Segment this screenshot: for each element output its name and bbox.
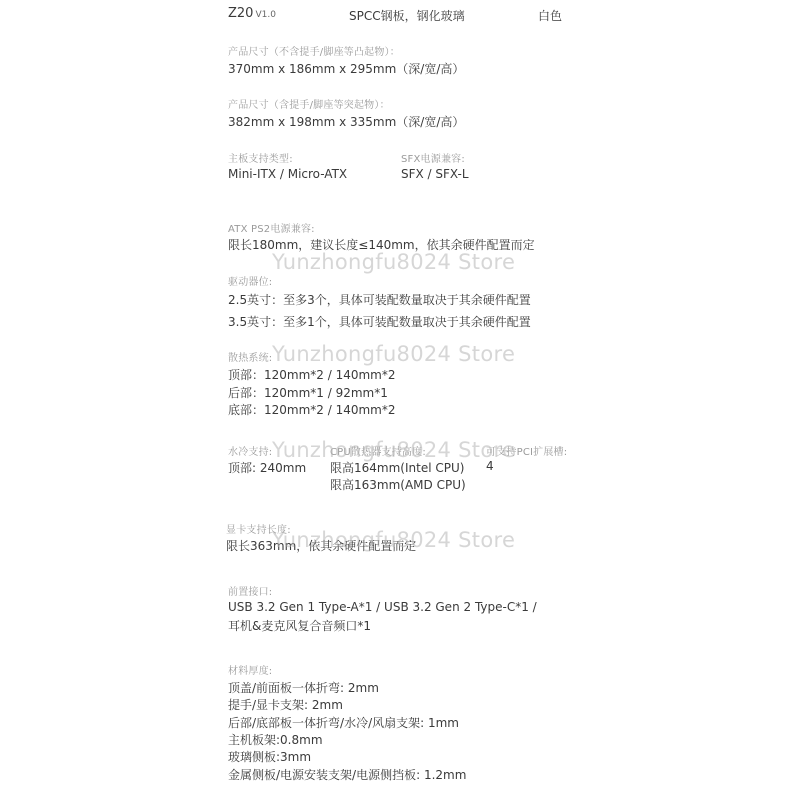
cooling-line: 底部：120mm*2 / 140mm*2 bbox=[228, 401, 396, 418]
pci-slots-label: 可支持PCI扩展槽: bbox=[486, 443, 567, 458]
watermark: Yunzhongfu8024 Store bbox=[272, 342, 515, 366]
cpu-cooler-label: CPU散热器支持高度: bbox=[330, 443, 426, 458]
material-thickness-line: 后部/底部板一体折弯/水冷/风扇支架: 1mm bbox=[228, 714, 459, 731]
model-version: V1.0 bbox=[255, 10, 275, 20]
model-name: Z20V1.0 bbox=[228, 6, 276, 21]
material-thickness-label: 材料厚度: bbox=[228, 662, 272, 677]
dimensions-with-label: 产品尺寸（含提手/脚座等突起物）： bbox=[228, 96, 390, 111]
sfx-psu-value: SFX / SFX-L bbox=[401, 167, 469, 181]
material-thickness-line: 顶盖/前面板一体折弯: 2mm bbox=[228, 679, 379, 696]
sfx-psu-label: SFX电源兼容: bbox=[401, 150, 465, 165]
material-thickness-line: 玻璃侧板:3mm bbox=[228, 748, 311, 765]
color-value: 白色 bbox=[538, 7, 562, 24]
pci-slots-value: 4 bbox=[486, 459, 494, 473]
model-code: Z20 bbox=[228, 6, 253, 21]
front-io-line: 耳机&麦克风复合音频口*1 bbox=[228, 617, 371, 634]
material-value: SPCC钢板，钢化玻璃 bbox=[349, 7, 465, 24]
atx-psu-value: 限长180mm，建议长度≤140mm，依其余硬件配置而定 bbox=[228, 236, 535, 253]
cpu-cooler-line: 限高164mm(Intel CPU) bbox=[330, 459, 464, 476]
material-thickness-line: 提手/显卡支架: 2mm bbox=[228, 696, 343, 713]
dimensions-without-value: 370mm x 186mm x 295mm（深/宽/高） bbox=[228, 60, 464, 77]
atx-psu-label: ATX PS2电源兼容: bbox=[228, 220, 315, 235]
gpu-value: 限长363mm，依其余硬件配置而定 bbox=[226, 537, 416, 554]
cooling-line: 顶部：120mm*2 / 140mm*2 bbox=[228, 366, 396, 383]
material-thickness-line: 金属侧板/电源安装支架/电源侧挡板: 1.2mm bbox=[228, 766, 466, 783]
cooling-line: 后部：120mm*1 / 92mm*1 bbox=[228, 384, 388, 401]
drive-bays-label: 驱动器位: bbox=[228, 273, 272, 288]
water-cooling-label: 水冷支持: bbox=[228, 443, 272, 458]
cooling-label: 散热系统: bbox=[228, 349, 272, 364]
water-cooling-value: 顶部: 240mm bbox=[228, 459, 306, 476]
motherboard-value: Mini-ITX / Micro-ATX bbox=[228, 167, 347, 181]
drive-bay-line: 3.5英寸：至多1个，具体可装配数量取决于其余硬件配置 bbox=[228, 313, 531, 330]
cpu-cooler-line: 限高163mm(AMD CPU) bbox=[330, 476, 466, 493]
watermark: Yunzhongfu8024 Store bbox=[272, 250, 515, 274]
front-io-line: USB 3.2 Gen 1 Type-A*1 / USB 3.2 Gen 2 T… bbox=[228, 600, 537, 614]
dimensions-with-value: 382mm x 198mm x 335mm（深/宽/高） bbox=[228, 113, 464, 130]
material-thickness-line: 主机板架:0.8mm bbox=[228, 731, 323, 748]
motherboard-label: 主板支持类型: bbox=[228, 150, 293, 165]
gpu-label: 显卡支持长度: bbox=[226, 521, 291, 536]
front-io-label: 前置接口: bbox=[228, 583, 272, 598]
drive-bay-line: 2.5英寸：至多3个，具体可装配数量取决于其余硬件配置 bbox=[228, 291, 531, 308]
dimensions-without-label: 产品尺寸（不含提手/脚座等凸起物）： bbox=[228, 43, 400, 58]
